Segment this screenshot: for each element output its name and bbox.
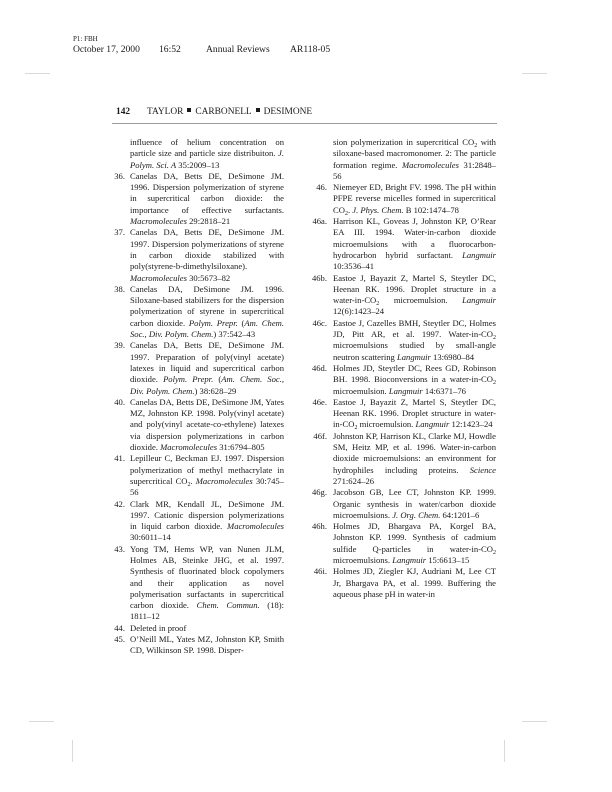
reference-entry: 46c.Eastoe J, Cazelles BMH, Steytler DC,… [296,318,496,363]
reference-entry: 39.Canelas DA, Betts DE, DeSimone JM. 19… [103,340,284,396]
reference-text: Harrison KL, Goveas J, Johnston KP, O’Re… [333,216,496,272]
reference-number: 44. [103,623,125,634]
reference-text: Eastoe J, Bayazit Z, Martel S, Steytler … [333,273,496,318]
crop-mark [25,73,50,74]
crop-mark [522,721,547,722]
proof-publisher: Annual Reviews [206,44,290,55]
reference-column-right: sion polymerization in supercritical CO2… [296,137,496,600]
crop-mark [29,721,54,722]
page-number: 142 [116,107,147,117]
reference-entry: 40.Canelas DA, Betts DE, DeSimone JM, Ya… [103,397,284,453]
reference-column-left: influence of helium concentration on par… [103,137,284,657]
header-rule [112,123,497,124]
reference-number: 46f. [296,431,327,442]
reference-text: Canelas DA, Betts DE, DeSimone JM. 1997.… [130,227,284,283]
reference-number: 40. [103,397,125,408]
running-head: 142TAYLORCARBONELLDESIMONE [116,107,312,117]
reference-number: 46a. [296,216,327,227]
reference-text: Clark MR, Kendall JL, DeSimone JM. 1997.… [130,499,284,544]
separator-square-icon [256,108,260,112]
reference-number: 43. [103,544,125,555]
reference-entry: sion polymerization in supercritical CO2… [296,137,496,182]
author-2: CARBONELL [195,107,251,117]
reference-entry: 46h.Holmes JD, Bhargava PA, Korgel BA, J… [296,521,496,566]
reference-text: Eastoe J, Bayazit Z, Martel S, Steytler … [333,397,496,431]
reference-text: O’Neill ML, Yates MZ, Johnston KP, Smith… [130,634,284,657]
reference-entry: 46i.Holmes JD, Ziegler KJ, Audriani M, L… [296,566,496,600]
reference-text: Holmes JD, Bhargava PA, Korgel BA, Johns… [333,521,496,566]
reference-number: 46b. [296,273,327,284]
reference-entry: 44.Deleted in proof [103,623,284,634]
reference-number: 38. [103,284,125,295]
reference-text: sion polymerization in supercritical CO2… [333,137,496,182]
reference-entry: 46f.Johnston KP, Harrison KL, Clarke MJ,… [296,431,496,487]
reference-number: 36. [103,171,125,182]
crop-mark [522,73,547,74]
reference-number: 42. [103,499,125,510]
reference-text: Yong TM, Hems WP, van Nunen JLM, Holmes … [130,544,284,623]
reference-entry: 38.Canelas DA, DeSimone JM. 1996. Siloxa… [103,284,284,340]
author-1: TAYLOR [147,107,183,117]
reference-number: 41. [103,453,125,464]
reference-entry: 46a.Harrison KL, Goveas J, Johnston KP, … [296,216,496,272]
reference-entry: 36.Canelas DA, Betts DE, DeSimone JM. 19… [103,171,284,227]
proof-code: AR118-05 [290,44,330,55]
reference-entry: influence of helium concentration on par… [103,137,284,171]
reference-number: 45. [103,634,125,645]
reference-entry: 46e.Eastoe J, Bayazit Z, Martel S, Steyt… [296,397,496,431]
reference-number: 46e. [296,397,327,408]
reference-text: Holmes JD, Steytler DC, Rees GD, Robinso… [333,363,496,397]
separator-square-icon [187,108,191,112]
reference-entry: 41.Lepilleur C, Beckman EJ. 1997. Disper… [103,453,284,498]
reference-text: Niemeyer ED, Bright FV. 1998. The pH wit… [333,182,496,216]
reference-text: Lepilleur C, Beckman EJ. 1997. Dispersio… [130,453,284,498]
reference-text: Deleted in proof [130,623,284,634]
reference-entry: 45.O’Neill ML, Yates MZ, Johnston KP, Sm… [103,634,284,657]
proof-date: October 17, 2000 [73,44,159,55]
reference-entry: 37.Canelas DA, Betts DE, DeSimone JM. 19… [103,227,284,283]
crop-mark [72,740,73,762]
crop-mark [504,740,505,762]
reference-number: 46d. [296,363,327,374]
author-3: DESIMONE [264,107,312,117]
reference-entry: 46b.Eastoe J, Bayazit Z, Martel S, Steyt… [296,273,496,318]
reference-number: 46. [296,182,327,193]
reference-number: 39. [103,340,125,351]
proof-id: P1: FBH [73,35,98,43]
proof-line: October 17, 200016:52Annual ReviewsAR118… [73,44,330,55]
reference-entry: 43.Yong TM, Hems WP, van Nunen JLM, Holm… [103,544,284,623]
reference-text: influence of helium concentration on par… [130,137,284,171]
reference-entry: 46g.Jacobson GB, Lee CT, Johnston KP. 19… [296,487,496,521]
reference-number: 46i. [296,566,327,577]
reference-number: 46c. [296,318,327,329]
reference-text: Holmes JD, Ziegler KJ, Audriani M, Lee C… [333,566,496,600]
reference-entry: 42.Clark MR, Kendall JL, DeSimone JM. 19… [103,499,284,544]
reference-text: Canelas DA, Betts DE, DeSimone JM. 1996.… [130,171,284,227]
reference-entry: 46d.Holmes JD, Steytler DC, Rees GD, Rob… [296,363,496,397]
reference-number: 46g. [296,487,327,498]
reference-number: 46h. [296,521,327,532]
reference-text: Johnston KP, Harrison KL, Clarke MJ, How… [333,431,496,487]
reference-text: Eastoe J, Cazelles BMH, Steytler DC, Hol… [333,318,496,363]
reference-text: Jacobson GB, Lee CT, Johnston KP. 1999. … [333,487,496,521]
reference-text: Canelas DA, Betts DE, DeSimone JM, Yates… [130,397,284,453]
reference-entry: 46.Niemeyer ED, Bright FV. 1998. The pH … [296,182,496,216]
proof-time: 16:52 [159,44,206,55]
reference-text: Canelas DA, DeSimone JM. 1996. Siloxane-… [130,284,284,340]
reference-number: 37. [103,227,125,238]
reference-text: Canelas DA, Betts DE, DeSimone JM. 1997.… [130,340,284,396]
